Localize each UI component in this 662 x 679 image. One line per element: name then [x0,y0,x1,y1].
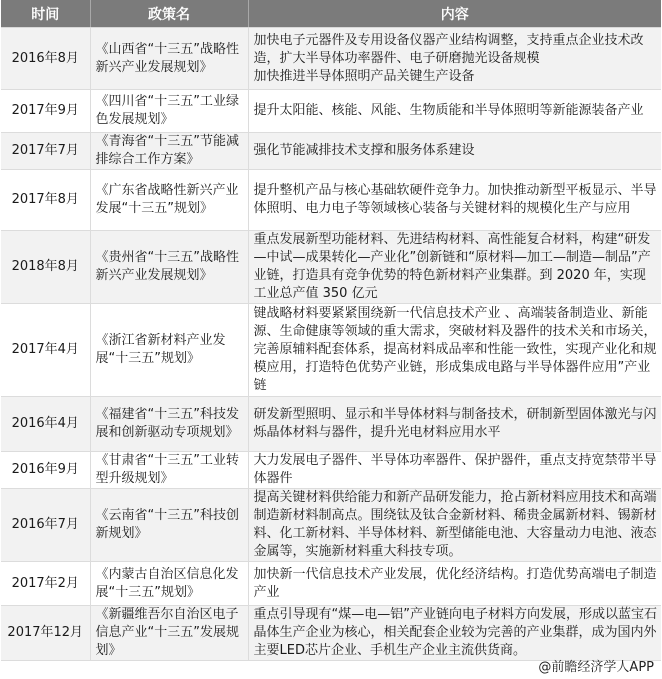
table-row: 2017年9月《四川省“十三五”工业绿色发展规划》提升太阳能、核能、风能、生物质… [1,90,661,133]
policy-table: 时间 政策名 内容 2016年8月《山西省“十三五”战略性新兴产业发展规划》加快… [1,0,661,661]
cell-policy-name: 《青海省“十三五”节能减排综合工作方案》 [90,133,248,170]
header-policy-name: 政策名 [90,0,248,28]
table-row: 2016年9月《甘肃省“十三五”工业转型升级规划》大力发展电子器件、半导体功率器… [1,452,661,489]
content-line: 提高关键材料供给能力和新产品研发能力，抢占新材料应用技术和高端制造新材料制高点。… [254,489,659,561]
content-line: 提升太阳能、核能、风能、生物质能和半导体照明等新能源装备产业 [254,102,659,120]
cell-content: 提升太阳能、核能、风能、生物质能和半导体照明等新能源装备产业 [248,90,661,133]
cell-policy-name: 《福建省“十三五”科技发展和创新驱动专项规划》 [90,397,248,452]
cell-content: 提升整机产品与核心基础软硬件竞争力。加快推动新型平板显示、半导体照明、电力电子等… [248,170,661,231]
cell-time: 2017年4月 [1,304,90,397]
cell-policy-name: 《四川省“十三五”工业绿色发展规划》 [90,90,248,133]
content-line: 加快推进半导体照明产品关键生产设备 [254,68,659,86]
content-line: 加快电子元器件及专用设备仪器产业结构调整，支持重点企业技术改造，扩大半导体功率器… [254,32,659,68]
cell-time: 2018年8月 [1,231,90,304]
table-row: 2016年4月《福建省“十三五”科技发展和创新驱动专项规划》研发新型照明、显示和… [1,397,661,452]
cell-content: 加快电子元器件及专用设备仪器产业结构调整，支持重点企业技术改造，扩大半导体功率器… [248,28,661,90]
table-row: 2017年12月《新疆维吾尔自治区电子信息产业“十三五”发展规划》重点引导现有“… [1,606,661,661]
table-header-row: 时间 政策名 内容 [1,0,661,28]
table-row: 2017年7月《青海省“十三五”节能减排综合工作方案》强化节能减排技术支撑和服务… [1,133,661,170]
content-line: 加快新一代信息技术产业发展，优化经济结构。打造优势高端电子制造产业 [254,566,659,602]
cell-time: 2016年8月 [1,28,90,90]
cell-policy-name: 《广东省战略性新兴产业发展“十三五”规划》 [90,170,248,231]
cell-policy-name: 《浙江省新材料产业发展“十三五”规划》 [90,304,248,397]
source-watermark: @前瞻经济学人APP [538,656,654,675]
table-row: 2017年8月《广东省战略性新兴产业发展“十三五”规划》提升整机产品与核心基础软… [1,170,661,231]
cell-policy-name: 《新疆维吾尔自治区电子信息产业“十三五”发展规划》 [90,606,248,661]
cell-time: 2016年4月 [1,397,90,452]
cell-content: 加快新一代信息技术产业发展，优化经济结构。打造优势高端电子制造产业 [248,562,661,606]
table-row: 2018年8月《贵州省“十三五”战略性新兴产业发展规划》重点发展新型功能材料、先… [1,231,661,304]
cell-content: 提高关键材料供给能力和新产品研发能力，抢占新材料应用技术和高端制造新材料制高点。… [248,489,661,562]
cell-content: 重点发展新型功能材料、先进结构材料、高性能复合材料，构建“研发—中试—成果转化—… [248,231,661,304]
content-line: 重点发展新型功能材料、先进结构材料、高性能复合材料，构建“研发—中试—成果转化—… [254,231,659,303]
cell-time: 2017年12月 [1,606,90,661]
cell-time: 2017年8月 [1,170,90,231]
cell-content: 大力发展电子器件、半导体功率器件、保护器件，重点支持宽禁带半导体器件 [248,452,661,489]
cell-policy-name: 《内蒙古自治区信息化发展“十三五”规划》 [90,562,248,606]
table-row: 2017年4月《浙江省新材料产业发展“十三五”规划》键战略材料要紧紧围绕新一代信… [1,304,661,397]
table-row: 2016年7月《云南省“十三五”科技创新规划》提高关键材料供给能力和新产品研发能… [1,489,661,562]
cell-policy-name: 《云南省“十三五”科技创新规划》 [90,489,248,562]
cell-time: 2017年2月 [1,562,90,606]
cell-policy-name: 《甘肃省“十三五”工业转型升级规划》 [90,452,248,489]
cell-policy-name: 《山西省“十三五”战略性新兴产业发展规划》 [90,28,248,90]
content-line: 研发新型照明、显示和半导体材料与制备技术，研制新型固体激光与闪烁晶体材料与器件，… [254,406,659,442]
content-line: 大力发展电子器件、半导体功率器件、保护器件，重点支持宽禁带半导体器件 [254,452,659,488]
cell-time: 2017年7月 [1,133,90,170]
cell-content: 研发新型照明、显示和半导体材料与制备技术，研制新型固体激光与闪烁晶体材料与器件，… [248,397,661,452]
cell-policy-name: 《贵州省“十三五”战略性新兴产业发展规划》 [90,231,248,304]
cell-content: 键战略材料要紧紧围绕新一代信息技术产业 、高端装备制造业、新能源、生命健康等领域… [248,304,661,397]
cell-content: 重点引导现有“煤—电—铝”产业链向电子材料方向发展，形成以蓝宝石晶体生产企业为核… [248,606,661,661]
content-line: 强化节能减排技术支撑和服务体系建设 [254,142,659,160]
cell-time: 2016年9月 [1,452,90,489]
cell-time: 2017年9月 [1,90,90,133]
header-content: 内容 [248,0,661,28]
cell-time: 2016年7月 [1,489,90,562]
cell-content: 强化节能减排技术支撑和服务体系建设 [248,133,661,170]
content-line: 提升整机产品与核心基础软硬件竞争力。加快推动新型平板显示、半导体照明、电力电子等… [254,182,659,218]
content-line: 键战略材料要紧紧围绕新一代信息技术产业 、高端装备制造业、新能源、生命健康等领域… [254,305,659,395]
table-row: 2016年8月《山西省“十三五”战略性新兴产业发展规划》加快电子元器件及专用设备… [1,28,661,90]
table-row: 2017年2月《内蒙古自治区信息化发展“十三五”规划》加快新一代信息技术产业发展… [1,562,661,606]
header-time: 时间 [1,0,90,28]
content-line: 重点引导现有“煤—电—铝”产业链向电子材料方向发展，形成以蓝宝石晶体生产企业为核… [254,606,659,660]
